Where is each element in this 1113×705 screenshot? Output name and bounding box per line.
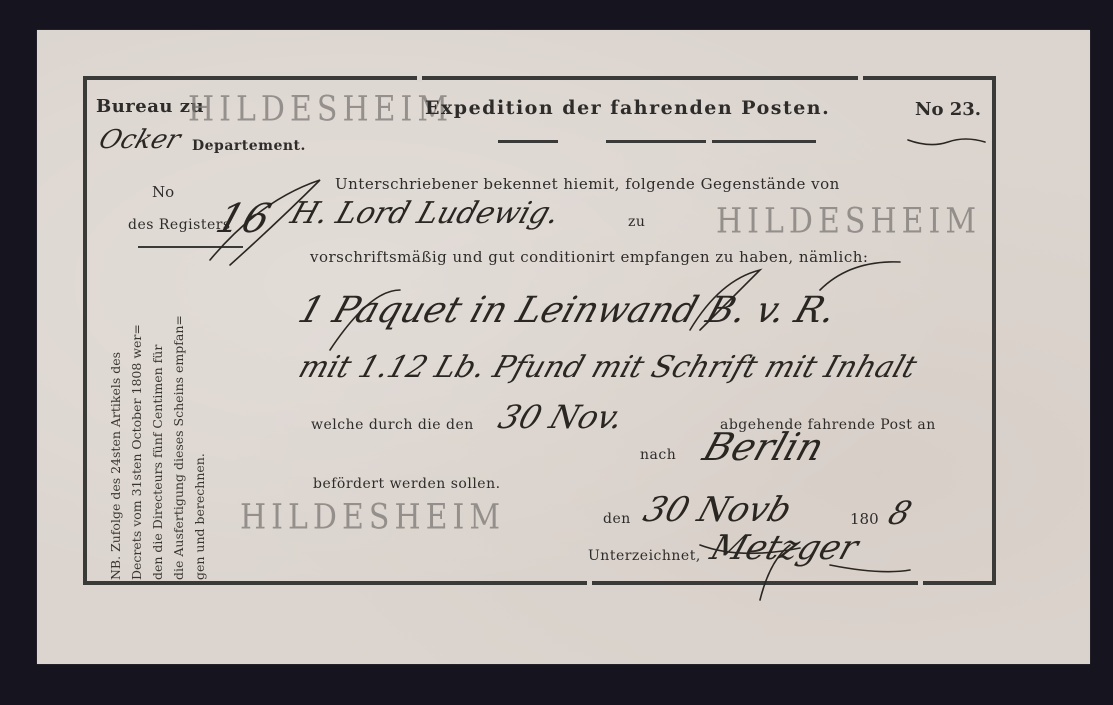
handwriting-flourishes	[0, 0, 1113, 705]
